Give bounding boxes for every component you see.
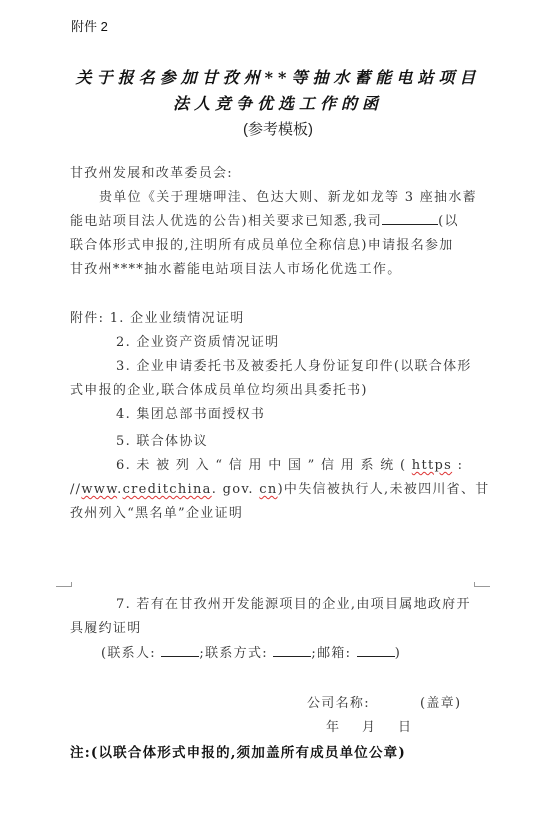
contact-person-label: (联系人:: [101, 646, 156, 661]
contact-method-blank[interactable]: [273, 644, 311, 657]
paragraph-1-line-2-suffix: (以: [438, 214, 459, 229]
company-name-blank[interactable]: [382, 212, 438, 225]
url-cn[interactable]: cn: [259, 482, 277, 497]
attachment-item-5: 5. 联合体协议: [116, 432, 208, 452]
attachment-item-3: 3. 企业申请委托书及被委托人身份证复印件(以联合体形: [116, 357, 472, 377]
attachment-item-6: 6. 未 被 列 入 “ 信 用 中 国 ” 信 用 系 统 ( https :: [116, 456, 463, 476]
attachment-item-1: 1. 企业业绩情况证明: [110, 311, 245, 326]
page-corner-mark-left: [56, 586, 72, 587]
paragraph-1-line-4: 甘孜州****抽水蓄能电站项目法人市场化优选工作。: [70, 260, 402, 280]
attachments-label: 附件:: [70, 311, 104, 326]
paragraph-1-line-1: 贵单位《关于理塘呷洼、色达大则、新龙如龙等 3 座抽水蓄: [99, 188, 477, 208]
attachment-item-3-continuation: 式申报的企业,联合体成员单位均须出具委托书): [70, 381, 368, 401]
attachment-item-7-continuation: 具履约证明: [70, 619, 142, 639]
date-line: 年 月 日: [326, 718, 412, 738]
page-corner-mark-right: [474, 586, 490, 587]
attachment-item-6-tail: )中失信被执行人,未被四川省、甘: [278, 482, 490, 497]
email-blank[interactable]: [357, 644, 395, 657]
attachment-item-7: 7. 若有在甘孜州开发能源项目的企业,由项目属地政府开: [116, 595, 471, 615]
contact-line: (联系人: ;联系方式: ;邮箱: ): [101, 644, 401, 664]
attachment-item-2: 2. 企业资产资质情况证明: [116, 333, 279, 353]
attachments-list-header: 附件: 1. 企业业绩情况证明: [70, 309, 245, 329]
paragraph-1-line-2: 能电站项目法人优选的公告)相关要求已知悉,我司(以: [70, 212, 459, 232]
url-creditchina[interactable]: creditchina: [123, 482, 212, 497]
contact-close: ): [395, 646, 401, 661]
url-www[interactable]: www: [81, 482, 117, 497]
company-name-label: 公司名称:: [307, 694, 370, 714]
contact-method-label: ;联系方式:: [199, 646, 268, 661]
email-label: ;邮箱:: [311, 646, 351, 661]
url-colon: :: [458, 458, 464, 473]
seal-label: (盖章): [420, 694, 461, 714]
title-line-2: 法人竞争优选工作的函: [0, 91, 556, 114]
salutation: 甘孜州发展和改革委员会:: [70, 164, 233, 184]
attachment-item-6-continuation-2: 孜州列入“黑名单”企业证明: [70, 504, 243, 524]
paragraph-1-line-2-text: 能电站项目法人优选的公告)相关要求已知悉,我司: [70, 214, 382, 229]
url-scheme[interactable]: https: [412, 458, 452, 473]
paragraph-1-line-3: 联合体形式申报的,注明所有成员单位全称信息)申请报名参加: [70, 236, 454, 256]
url-gov: . gov.: [212, 482, 260, 497]
title-line-1: 关于报名参加甘孜州**等抽水蓄能电站项目: [0, 65, 556, 88]
attachment-item-6-continuation: //www.creditchina. gov. cn)中失信被执行人,未被四川省…: [70, 480, 490, 500]
note: 注:(以联合体形式申报的,须加盖所有成员单位公章): [70, 741, 406, 761]
contact-person-blank[interactable]: [161, 644, 199, 657]
attachment-item-6-text: 6. 未 被 列 入 “ 信 用 中 国 ” 信 用 系 统 (: [116, 458, 406, 473]
attachment-label: 附件 2: [71, 16, 108, 35]
subtitle: (参考模板): [0, 118, 556, 139]
attachment-item-4: 4. 集团总部书面授权书: [116, 405, 265, 425]
url-slashes: //: [70, 482, 81, 497]
